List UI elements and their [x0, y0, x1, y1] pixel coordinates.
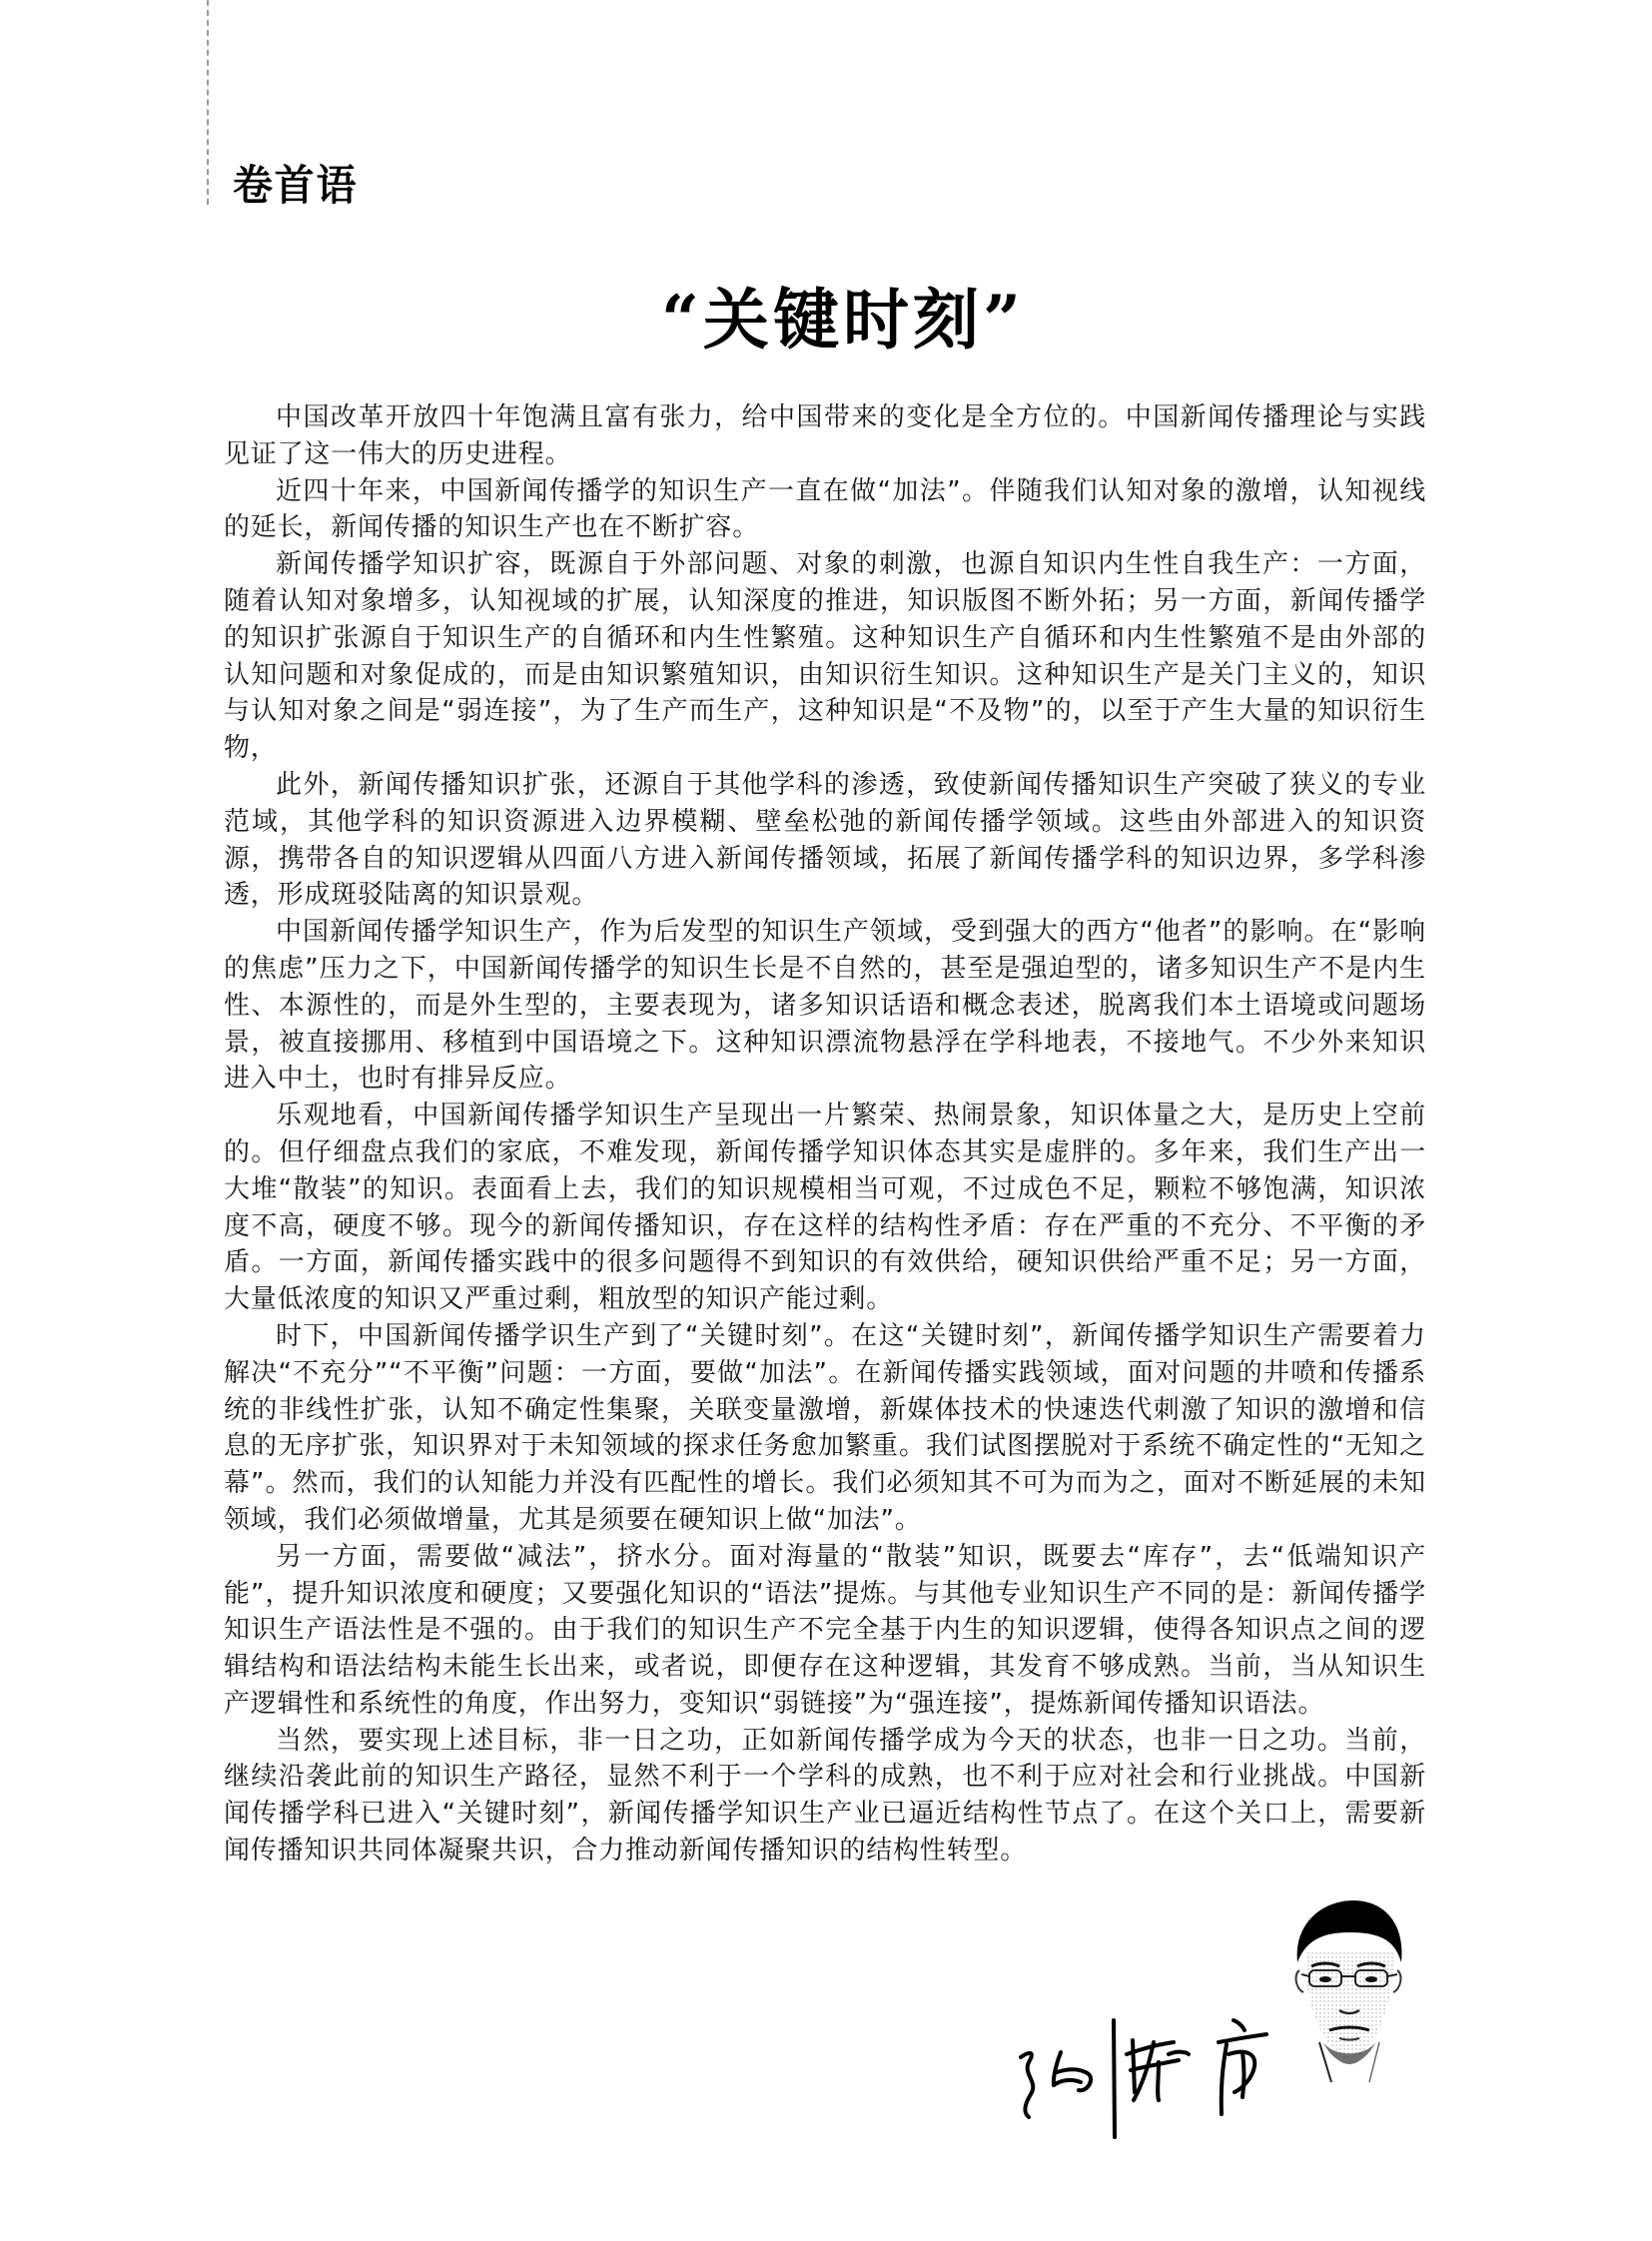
section-label: 卷首语: [233, 160, 358, 212]
paragraph: 中国新闻传播学知识生产，作为后发型的知识生产领域，受到强大的西方“他者”的影响。…: [224, 914, 1426, 1098]
paragraph: 乐观地看，中国新闻传播学知识生产呈现出一片繁荣、热闹景象，知识体量之大，是历史上…: [224, 1098, 1426, 1318]
article-body: 中国改革开放四十年饱满且富有张力，给中国带来的变化是全方位的。中国新闻传播理论与…: [224, 399, 1426, 1869]
paragraph: 中国改革开放四十年饱满且富有张力，给中国带来的变化是全方位的。中国新闻传播理论与…: [224, 399, 1426, 473]
paragraph: 另一方面，需要做“减法”，挤水分。面对海量的“散装”知识，既要去“库存”，去“低…: [224, 1539, 1426, 1723]
paragraph: 此外，新闻传播知识扩张，还源自于其他学科的渗透，致使新闻传播知识生产突破了狭义的…: [224, 767, 1426, 914]
paragraph: 时下，中国新闻传播学识生产到了“关键时刻”。在这“关键时刻”，新闻传播学知识生产…: [224, 1318, 1426, 1539]
portrait-icon: [1283, 1892, 1413, 2092]
article-title: “关键时刻”: [224, 278, 1462, 362]
paragraph: 当然，要实现上述目标，非一日之功，正如新闻传播学成为今天的状态，也非一日之功。当…: [224, 1723, 1426, 1869]
paragraph: 近四十年来，中国新闻传播学的知识生产一直在做“加法”。伴随我们认知对象的激增，认…: [224, 473, 1426, 547]
signature-icon: [1009, 1982, 1278, 2157]
margin-guide-line: [207, 0, 209, 205]
paragraph: 新闻传播学知识扩容，既源自于外部问题、对象的刺激，也源自知识内生性自我生产：一方…: [224, 546, 1426, 767]
